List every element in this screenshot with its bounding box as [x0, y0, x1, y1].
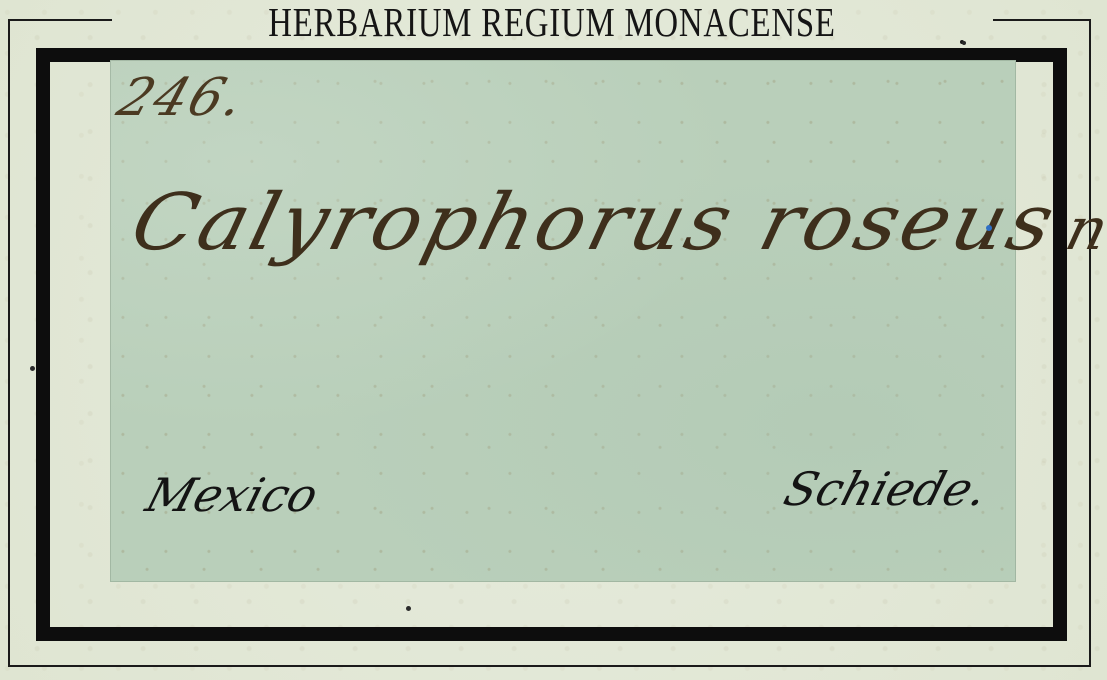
collector: Schiede. [778, 462, 994, 516]
taxon-line: Calyrophorus roseusn. sp.! [123, 178, 1107, 268]
paper-speck [30, 366, 35, 371]
blue-ink-speck [986, 225, 992, 231]
outer-frame-top-right-rule [993, 19, 1091, 21]
herbarium-header-title: HERBARIUM REGIUM MONACENSE [208, 0, 896, 44]
outer-frame-top-left-rule [8, 19, 112, 21]
paper-speck [406, 606, 411, 611]
locality: Mexico [140, 468, 324, 522]
paper-speck [962, 41, 966, 45]
specimen-number: 246. [110, 68, 253, 128]
specimen-label: 246. Calyrophorus roseusn. sp.! Mexico S… [110, 60, 1016, 582]
taxon-name: Calyrophorus roseus [123, 178, 1066, 268]
taxon-note: n. sp.! [1059, 195, 1107, 263]
